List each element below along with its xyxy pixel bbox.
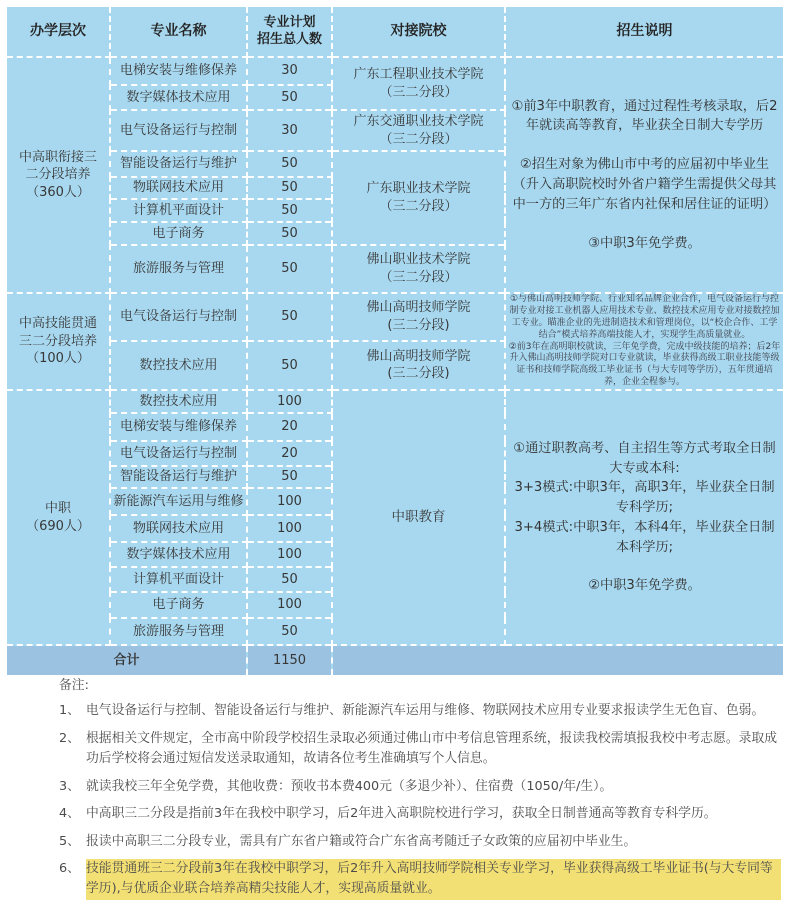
- total-empty-cell: [332, 645, 783, 675]
- major-cell: 旅游服务与管理: [110, 245, 247, 293]
- count-cell: 50: [247, 177, 332, 199]
- college-name: 佛山高明技师学院: [335, 299, 502, 317]
- college-cell: 佛山高明技师学院 (三二分段): [332, 341, 505, 390]
- major-cell: 物联网技术应用: [110, 177, 247, 199]
- group-level-line: （100人）: [9, 350, 107, 368]
- notes-cell: ①通过职教高考、自主招生等方式考取全日制大专或本科: 3+3模式:中职3年，高职…: [505, 390, 783, 645]
- count-cell: 100: [247, 390, 332, 413]
- count-cell: 50: [247, 222, 332, 245]
- major-cell: 电子商务: [110, 222, 247, 245]
- major-cell: 旅游服务与管理: [110, 618, 247, 645]
- college-sub: （三二分段）: [335, 131, 502, 149]
- header-major: 专业名称: [110, 7, 247, 57]
- group-level-line: 三二分段培养: [9, 333, 107, 351]
- total-label-cell: 合计: [7, 645, 247, 675]
- major-cell: 物联网技术应用: [110, 515, 247, 542]
- remark-text: 电气设备运行与控制、智能设备运行与维护、新能源汽车运用与维修、物联网技术应用专业…: [86, 701, 781, 721]
- header-plan-line2: 招生总人数: [250, 32, 329, 48]
- college-cell: 佛山职业技术学院 （三二分段）: [332, 245, 505, 293]
- count-cell: 50: [247, 199, 332, 222]
- major-cell: 电气设备运行与控制: [110, 293, 247, 341]
- major-cell: 新能源汽车运用与维修: [110, 488, 247, 515]
- count-cell: 50: [247, 466, 332, 488]
- college-sub: (三二分段): [335, 365, 502, 383]
- remark-number: 2、: [59, 729, 86, 770]
- count-cell: 100: [247, 515, 332, 542]
- count-cell: 50: [247, 245, 332, 293]
- note-line: ②中职3年免学费。: [508, 576, 781, 596]
- major-cell: 电气设备运行与控制: [110, 441, 247, 466]
- college-name: 广东职业技术学院: [335, 180, 502, 198]
- group-level-cell: 中职 （690人）: [7, 390, 110, 645]
- count-cell: 100: [247, 592, 332, 618]
- group-level-cell: 中高技能贯通 三二分段培养 （100人）: [7, 293, 110, 390]
- remark-number: 3、: [59, 777, 86, 797]
- header-notes: 招生说明: [505, 7, 783, 57]
- group-level-line: （360人）: [9, 184, 107, 202]
- table-row: 中高技能贯通 三二分段培养 （100人） 电气设备运行与控制 50 佛山高明技师…: [7, 293, 783, 341]
- major-cell: 智能设备运行与维护: [110, 466, 247, 488]
- count-cell: 30: [247, 110, 332, 151]
- remark-item: 1、 电气设备运行与控制、智能设备运行与维护、新能源汽车运用与维修、物联网技术应…: [59, 701, 781, 721]
- college-sub: （三二分段）: [335, 269, 502, 287]
- group-level-line: 中高技能贯通: [9, 315, 107, 333]
- note-paragraph: ①与佛山高明技师学院、行业知名品牌企业合作，电气设备运行与控制专业对接工业机器人…: [508, 294, 781, 342]
- remark-text: 就读我校三年全免学费，其他收费：预收书本费400元（多退少补）、住宿费（1050…: [86, 777, 781, 797]
- remark-text: 中高职三二分段是指前3年在我校中职学习，后2年进入高职院校进行学习，获取全日制普…: [86, 804, 781, 824]
- remark-text: 根据相关文件规定，全市高中阶段学校招生录取必须通过佛山市中考信息管理系统，报读我…: [86, 729, 781, 770]
- major-cell: 数字媒体技术应用: [110, 542, 247, 567]
- major-cell: 电子商务: [110, 592, 247, 618]
- header-college: 对接院校: [332, 7, 505, 57]
- remark-item-highlighted: 6、 技能贯通班三二分段前3年在我校中职学习，后2年升入高明技师学院相关专业学习…: [59, 859, 781, 900]
- count-cell: 50: [247, 151, 332, 177]
- count-cell: 100: [247, 542, 332, 567]
- college-sub: (三二分段): [335, 317, 502, 335]
- college-sub: （三二分段）: [335, 84, 502, 102]
- group-level-line: （690人）: [9, 518, 107, 536]
- count-cell: 50: [247, 341, 332, 390]
- total-value-cell: 1150: [247, 645, 332, 675]
- major-cell: 电梯安装与维修保养: [110, 57, 247, 85]
- remark-item: 4、 中高职三二分段是指前3年在我校中职学习，后2年进入高职院校进行学习，获取全…: [59, 804, 781, 824]
- remark-number: 1、: [59, 701, 86, 721]
- college-name: 广东工程职业技术学院: [335, 66, 502, 84]
- header-level: 办学层次: [7, 7, 110, 57]
- major-cell: 智能设备运行与维护: [110, 151, 247, 177]
- note-line: ①通过职教高考、自主招生等方式考取全日制大专或本科:: [508, 439, 781, 479]
- notes-cell: ①与佛山高明技师学院、行业知名品牌企业合作，电气设备运行与控制专业对接工业机器人…: [505, 293, 783, 390]
- college-name: 佛山高明技师学院: [335, 348, 502, 366]
- remark-item: 2、 根据相关文件规定，全市高中阶段学校招生录取必须通过佛山市中考信息管理系统，…: [59, 729, 781, 770]
- table-row: 中职 （690人） 数控技术应用 100 中职教育 ①通过职教高考、自主招生等方…: [7, 390, 783, 413]
- count-cell: 50: [247, 567, 332, 592]
- college-cell: 佛山高明技师学院 (三二分段): [332, 293, 505, 341]
- count-cell: 20: [247, 413, 332, 441]
- remark-item: 5、 报读中高职三二分段专业，需具有广东省户籍或符合广东省高考随迁子女政策的应届…: [59, 832, 781, 852]
- college-cell: 中职教育: [332, 390, 505, 645]
- major-cell: 电气设备运行与控制: [110, 110, 247, 151]
- group-level-line: 中高职衔接三: [9, 149, 107, 167]
- remarks-section: 备注: 1、 电气设备运行与控制、智能设备运行与维护、新能源汽车运用与维修、物联…: [59, 676, 781, 907]
- remark-text: 报读中高职三二分段专业，需具有广东省户籍或符合广东省高考随迁子女政策的应届初中毕…: [86, 832, 781, 852]
- remark-number: 6、: [59, 859, 86, 900]
- college-name: 广东交通职业技术学院: [335, 113, 502, 131]
- remark-number: 4、: [59, 804, 86, 824]
- note-line: 3+4模式:中职3年，本科4年，毕业获全日制本科学历;: [508, 518, 781, 558]
- major-cell: 计算机平面设计: [110, 567, 247, 592]
- header-plan: 专业计划 招生总人数: [247, 7, 332, 57]
- total-row: 合计 1150: [7, 645, 783, 675]
- count-cell: 30: [247, 57, 332, 85]
- note-line: 3+3模式:中职3年，高职3年，毕业获全日制专科学历;: [508, 478, 781, 518]
- notes-cell: ①前3年中职教育，通过过程性考核录取，后2年就读高等教育，毕业获全日制大专学历 …: [505, 57, 783, 293]
- header-row: 办学层次 专业名称 专业计划 招生总人数 对接院校 招生说明: [7, 7, 783, 57]
- major-cell: 计算机平面设计: [110, 199, 247, 222]
- count-cell: 50: [247, 293, 332, 341]
- college-name: 佛山职业技术学院: [335, 251, 502, 269]
- major-cell: 数字媒体技术应用: [110, 85, 247, 110]
- remark-number: 5、: [59, 832, 86, 852]
- remarks-title: 备注:: [59, 676, 781, 695]
- major-cell: 电梯安装与维修保养: [110, 413, 247, 441]
- note-paragraph: ②前3年在高明职校就读，三年免学费，完成中级技能的培养；后2年升入佛山高明技师学…: [508, 342, 781, 390]
- remark-item: 3、 就读我校三年全免学费，其他收费：预收书本费400元（多退少补）、住宿费（1…: [59, 777, 781, 797]
- college-cell: 广东交通职业技术学院 （三二分段）: [332, 110, 505, 151]
- table-row: 中高职衔接三 二分段培养 （360人） 电梯安装与维修保养 30 广东工程职业技…: [7, 57, 783, 85]
- count-cell: 50: [247, 618, 332, 645]
- remark-text-highlighted: 技能贯通班三二分段前3年在我校中职学习，后2年升入高明技师学院相关专业学习，毕业…: [86, 859, 781, 900]
- note-paragraph: ②招生对象为佛山市中考的应届初中毕业生（升入高职院校时外省户籍学生需提供父母其中…: [508, 155, 781, 214]
- header-plan-line1: 专业计划: [250, 15, 329, 31]
- college-cell: 广东职业技术学院 （三二分段）: [332, 151, 505, 245]
- group-level-line: 中职: [9, 500, 107, 518]
- count-cell: 20: [247, 441, 332, 466]
- group-level-cell: 中高职衔接三 二分段培养 （360人）: [7, 57, 110, 293]
- note-paragraph: ③中职3年免学费。: [508, 234, 781, 254]
- college-cell: 广东工程职业技术学院 （三二分段）: [332, 57, 505, 110]
- count-cell: 50: [247, 85, 332, 110]
- college-sub: （三二分段）: [335, 198, 502, 216]
- enrollment-table: 办学层次 专业名称 专业计划 招生总人数 对接院校 招生说明 中高职衔接三 二分…: [7, 7, 783, 675]
- count-cell: 100: [247, 488, 332, 515]
- group-level-line: 二分段培养: [9, 166, 107, 184]
- note-paragraph: ①前3年中职教育，通过过程性考核录取，后2年就读高等教育，毕业获全日制大专学历: [508, 97, 781, 137]
- major-cell: 数控技术应用: [110, 341, 247, 390]
- major-cell: 数控技术应用: [110, 390, 247, 413]
